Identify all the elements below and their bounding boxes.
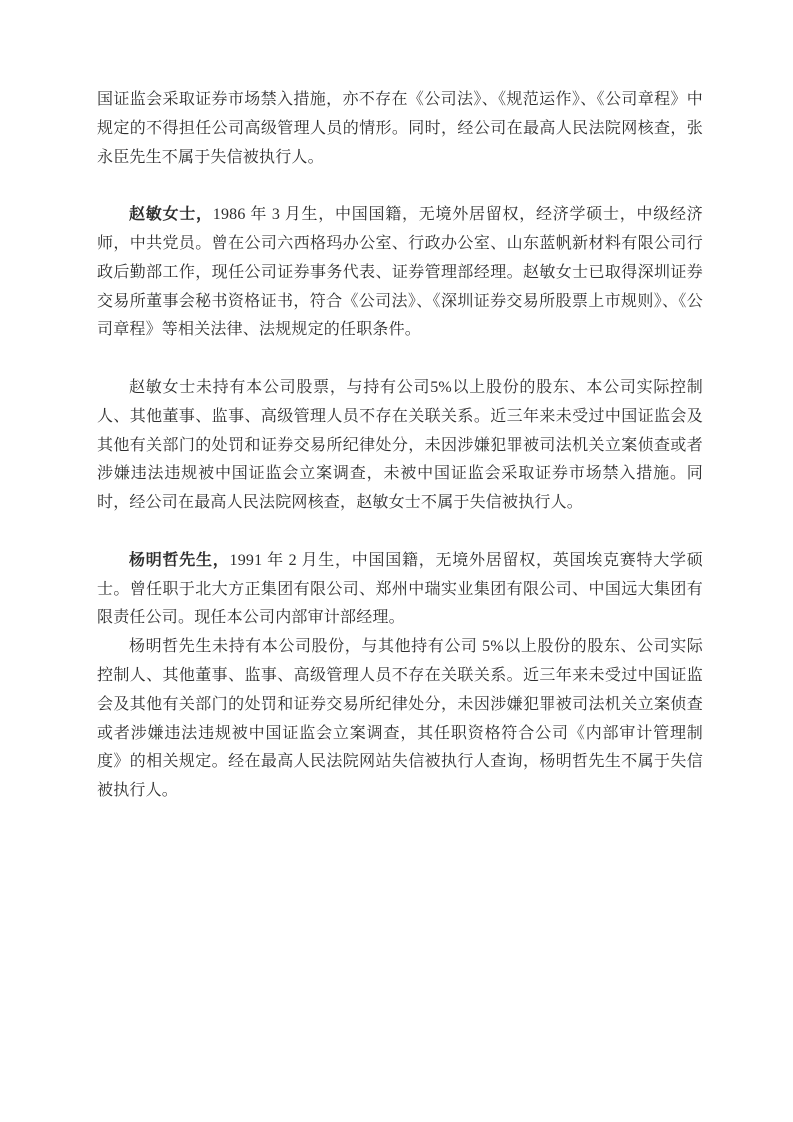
paragraph-zhaomin-bio: 赵敏女士，1986 年 3 月生，中国国籍，无境外居留权，经济学硕士，中级经济师… [97,201,703,345]
document-page: 国证监会采取证券市场禁入措施，亦不存在《公司法》、《规范运作》、《公司章程》中规… [0,0,793,1122]
document-text-block: 国证监会采取证券市场禁入措施，亦不存在《公司法》、《规范运作》、《公司章程》中规… [97,86,703,806]
paragraph-text: 1986 年 3 月生，中国国籍，无境外居留权，经济学硕士，中级经济师，中共党员… [97,206,703,338]
paragraph-yangmingzhe-bio: 杨明哲先生，1991 年 2 月生，中国国籍，无境外居留权，英国埃克赛特大学硕士… [97,547,703,633]
paragraph-text: 赵敏女士未持有本公司股票，与持有公司5%以上股份的股东、本公司实际控制人、其他董… [97,379,703,511]
person-name-zhaomin: 赵敏女士， [129,206,213,223]
paragraph-zhangyongchen-continuation: 国证监会采取证券市场禁入措施，亦不存在《公司法》、《规范运作》、《公司章程》中规… [97,86,703,172]
person-name-yangmingzhe: 杨明哲先生， [129,552,230,569]
paragraph-text: 国证监会采取证券市场禁入措施，亦不存在《公司法》、《规范运作》、《公司章程》中规… [97,91,703,166]
paragraph-yangmingzhe-compliance: 杨明哲先生未持有本公司股份，与其他持有公司 5%以上股份的股东、公司实际控制人、… [97,633,703,806]
paragraph-text: 杨明哲先生未持有本公司股份，与其他持有公司 5%以上股份的股东、公司实际控制人、… [97,638,703,799]
paragraph-zhaomin-compliance: 赵敏女士未持有本公司股票，与持有公司5%以上股份的股东、本公司实际控制人、其他董… [97,374,703,518]
